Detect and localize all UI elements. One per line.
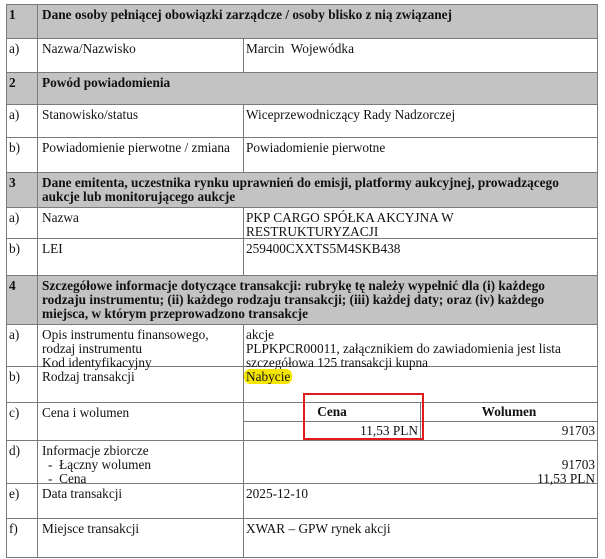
row-4c: c) Cena i wolumen Cena Wolumen 11,53 PLN… <box>7 403 597 441</box>
section-title: Powód powiadomienia <box>38 73 597 104</box>
section-number: 3 <box>7 173 38 207</box>
row-4a: a) Opis instrumentu finansowego, rodzaj … <box>7 325 597 367</box>
field-value-venue: XWAR – GPW rynek akcji <box>244 519 597 557</box>
row-label: f) <box>7 519 38 557</box>
field-value-notification-type: Powiadomienie pierwotne <box>244 138 597 172</box>
field-name: Data transakcji <box>38 484 244 518</box>
field-name: Rodzaj transakcji <box>38 367 244 402</box>
field-value-date: 2025-12-10 <box>244 484 597 518</box>
volume-header: Wolumen <box>421 403 597 421</box>
section-title: Szczegółowe informacje dotyczące transak… <box>38 276 597 324</box>
section-number: 2 <box>7 73 38 104</box>
field-name: Nazwa <box>38 208 244 238</box>
field-name: LEI <box>38 239 244 275</box>
field-value-name: Marcin Wojewódka <box>244 39 597 72</box>
row-2b: b) Powiadomienie pierwotne / zmiana Powi… <box>7 138 597 173</box>
price-volume-subtable: Cena Wolumen 11,53 PLN 91703 <box>244 403 597 440</box>
aggregate-values: 91703 11,53 PLN <box>244 441 597 483</box>
row-label: b) <box>7 239 38 275</box>
row-1a: a) Nazwa/Nazwisko Marcin Wojewódka <box>7 39 597 73</box>
field-name: Informacje zbiorcze - Łączny wolumen - C… <box>38 441 244 483</box>
field-name: Stanowisko/status <box>38 105 244 137</box>
row-label: c) <box>7 403 38 440</box>
field-value-issuer: PKP CARGO SPÓŁKA AKCYJNA W RESTRUKTURYZA… <box>244 208 597 238</box>
field-value-lei: 259400CXXTS5M4SKB438 <box>244 239 597 275</box>
field-name: Cena i wolumen <box>38 403 244 440</box>
row-label: a) <box>7 208 38 238</box>
row-label: b) <box>7 138 38 172</box>
field-value-transaction-type: Nabycie <box>244 367 597 402</box>
row-label: e) <box>7 484 38 518</box>
row-label: a) <box>7 39 38 72</box>
volume-value: 91703 <box>421 422 597 440</box>
row-3a: a) Nazwa PKP CARGO SPÓŁKA AKCYJNA W REST… <box>7 208 597 239</box>
section-number: 1 <box>7 5 38 38</box>
row-4e: e) Data transakcji 2025-12-10 <box>7 484 597 519</box>
row-label: d) <box>7 441 38 483</box>
section-number: 4 <box>7 276 38 324</box>
section-2-header: 2 Powód powiadomienia <box>7 73 597 105</box>
row-3b: b) LEI 259400CXXTS5M4SKB438 <box>7 239 597 276</box>
price-value: 11,53 PLN <box>244 422 421 440</box>
row-4f: f) Miejsce transakcji XWAR – GPW rynek a… <box>7 519 597 557</box>
aggregate-volume: 91703 <box>246 458 595 472</box>
section-1-header: 1 Dane osoby pełniącej obowiązki zarządc… <box>7 5 597 39</box>
price-header: Cena <box>244 403 421 421</box>
section-3-header: 3 Dane emitenta, uczestnika rynku uprawn… <box>7 173 597 208</box>
highlighted-transaction-type: Nabycie <box>244 369 292 384</box>
row-label: a) <box>7 105 38 137</box>
section-4-header: 4 Szczegółowe informacje dotyczące trans… <box>7 276 597 325</box>
row-4b: b) Rodzaj transakcji Nabycie <box>7 367 597 403</box>
row-label: a) <box>7 325 38 366</box>
field-name: Opis instrumentu finansowego, rodzaj ins… <box>38 325 244 366</box>
row-4d: d) Informacje zbiorcze - Łączny wolumen … <box>7 441 597 484</box>
field-value-position: Wiceprzewodniczący Rady Nadzorczej <box>244 105 597 137</box>
row-label: b) <box>7 367 38 402</box>
row-2a: a) Stanowisko/status Wiceprzewodniczący … <box>7 105 597 138</box>
field-name: Nazwa/Nazwisko <box>38 39 244 72</box>
field-name: Powiadomienie pierwotne / zmiana <box>38 138 244 172</box>
field-value-instrument: akcje PLPKPCR00011, załącznikiem do zawi… <box>244 325 597 366</box>
notification-table: 1 Dane osoby pełniącej obowiązki zarządc… <box>6 4 598 558</box>
section-title: Dane osoby pełniącej obowiązki zarządcze… <box>38 5 597 38</box>
field-name: Miejsce transakcji <box>38 519 244 557</box>
section-title: Dane emitenta, uczestnika rynku uprawnie… <box>38 173 597 207</box>
